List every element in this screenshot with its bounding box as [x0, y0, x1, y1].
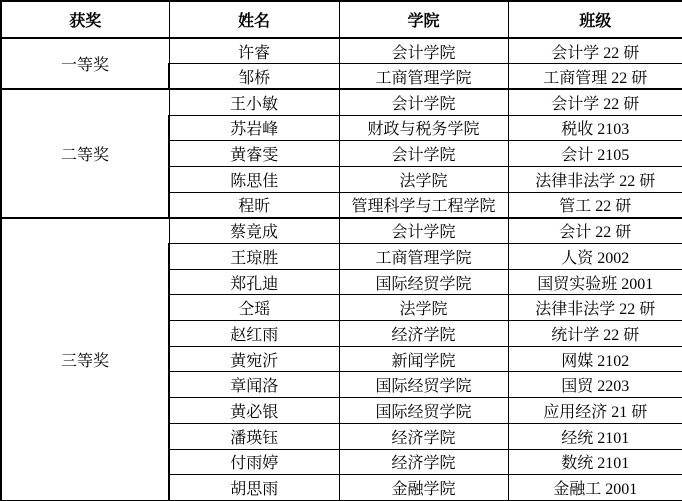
- awards-table-body: 一等奖许睿会计学院会计学 22 研邹桥工商管理学院工商管理 22 研二等奖王小敏…: [1, 38, 682, 501]
- college-cell: 法学院: [339, 295, 508, 321]
- class-cell: 应用经济 21 研: [508, 398, 682, 424]
- name-cell: 苏岩峰: [169, 115, 339, 141]
- header-award: 获奖: [1, 1, 169, 38]
- name-cell: 潘瑛钰: [169, 423, 339, 449]
- name-cell: 仝瑶: [169, 295, 339, 321]
- college-cell: 国际经贸学院: [339, 398, 508, 424]
- name-cell: 蔡竟成: [169, 218, 339, 244]
- college-cell: 会计学院: [339, 38, 508, 64]
- college-cell: 工商管理学院: [339, 64, 508, 90]
- college-cell: 国际经贸学院: [339, 372, 508, 398]
- college-cell: 管理科学与工程学院: [339, 192, 508, 218]
- name-cell: 郑孔迪: [169, 269, 339, 295]
- class-cell: 网媒 2102: [508, 346, 682, 372]
- name-cell: 邹桥: [169, 64, 339, 90]
- class-cell: 会计 22 研: [508, 218, 682, 244]
- header-college: 学院: [339, 1, 508, 38]
- class-cell: 会计学 22 研: [508, 38, 682, 64]
- name-cell: 赵红雨: [169, 321, 339, 347]
- college-cell: 经济学院: [339, 449, 508, 475]
- class-cell: 会计学 22 研: [508, 89, 682, 115]
- class-cell: 税收 2103: [508, 115, 682, 141]
- college-cell: 金融学院: [339, 475, 508, 501]
- name-cell: 王小敏: [169, 89, 339, 115]
- award-cell: 二等奖: [1, 89, 169, 217]
- class-cell: 经统 2101: [508, 423, 682, 449]
- name-cell: 胡思雨: [169, 475, 339, 501]
- college-cell: 工商管理学院: [339, 244, 508, 270]
- college-cell: 新闻学院: [339, 346, 508, 372]
- name-cell: 章闻洛: [169, 372, 339, 398]
- header-row: 获奖 姓名 学院 班级: [1, 1, 682, 38]
- class-cell: 统计学 22 研: [508, 321, 682, 347]
- college-cell: 财政与税务学院: [339, 115, 508, 141]
- table-row: 三等奖蔡竟成会计学院会计 22 研: [1, 218, 682, 244]
- name-cell: 程昕: [169, 192, 339, 218]
- class-cell: 工商管理 22 研: [508, 64, 682, 90]
- college-cell: 会计学院: [339, 89, 508, 115]
- name-cell: 许睿: [169, 38, 339, 64]
- class-cell: 人资 2002: [508, 244, 682, 270]
- table-row: 二等奖王小敏会计学院会计学 22 研: [1, 89, 682, 115]
- college-cell: 国际经贸学院: [339, 269, 508, 295]
- name-cell: 陈思佳: [169, 166, 339, 192]
- name-cell: 黄宛沂: [169, 346, 339, 372]
- class-cell: 会计 2105: [508, 141, 682, 167]
- awards-table: 获奖 姓名 学院 班级 一等奖许睿会计学院会计学 22 研邹桥工商管理学院工商管…: [0, 0, 682, 501]
- award-cell: 三等奖: [1, 218, 169, 501]
- awards-table-container: 获奖 姓名 学院 班级 一等奖许睿会计学院会计学 22 研邹桥工商管理学院工商管…: [0, 0, 682, 501]
- college-cell: 会计学院: [339, 218, 508, 244]
- awards-table-header: 获奖 姓名 学院 班级: [1, 1, 682, 38]
- name-cell: 黄必银: [169, 398, 339, 424]
- award-cell: 一等奖: [1, 38, 169, 89]
- class-cell: 法律非法学 22 研: [508, 166, 682, 192]
- college-cell: 法学院: [339, 166, 508, 192]
- class-cell: 法律非法学 22 研: [508, 295, 682, 321]
- college-cell: 会计学院: [339, 141, 508, 167]
- name-cell: 付雨婷: [169, 449, 339, 475]
- class-cell: 国贸实验班 2001: [508, 269, 682, 295]
- header-class: 班级: [508, 1, 682, 38]
- name-cell: 黄睿雯: [169, 141, 339, 167]
- table-row: 一等奖许睿会计学院会计学 22 研: [1, 38, 682, 64]
- class-cell: 金融工 2001: [508, 475, 682, 501]
- header-name: 姓名: [169, 1, 339, 38]
- name-cell: 王琼胜: [169, 244, 339, 270]
- class-cell: 管工 22 研: [508, 192, 682, 218]
- college-cell: 经济学院: [339, 423, 508, 449]
- class-cell: 数统 2101: [508, 449, 682, 475]
- college-cell: 经济学院: [339, 321, 508, 347]
- class-cell: 国贸 2203: [508, 372, 682, 398]
